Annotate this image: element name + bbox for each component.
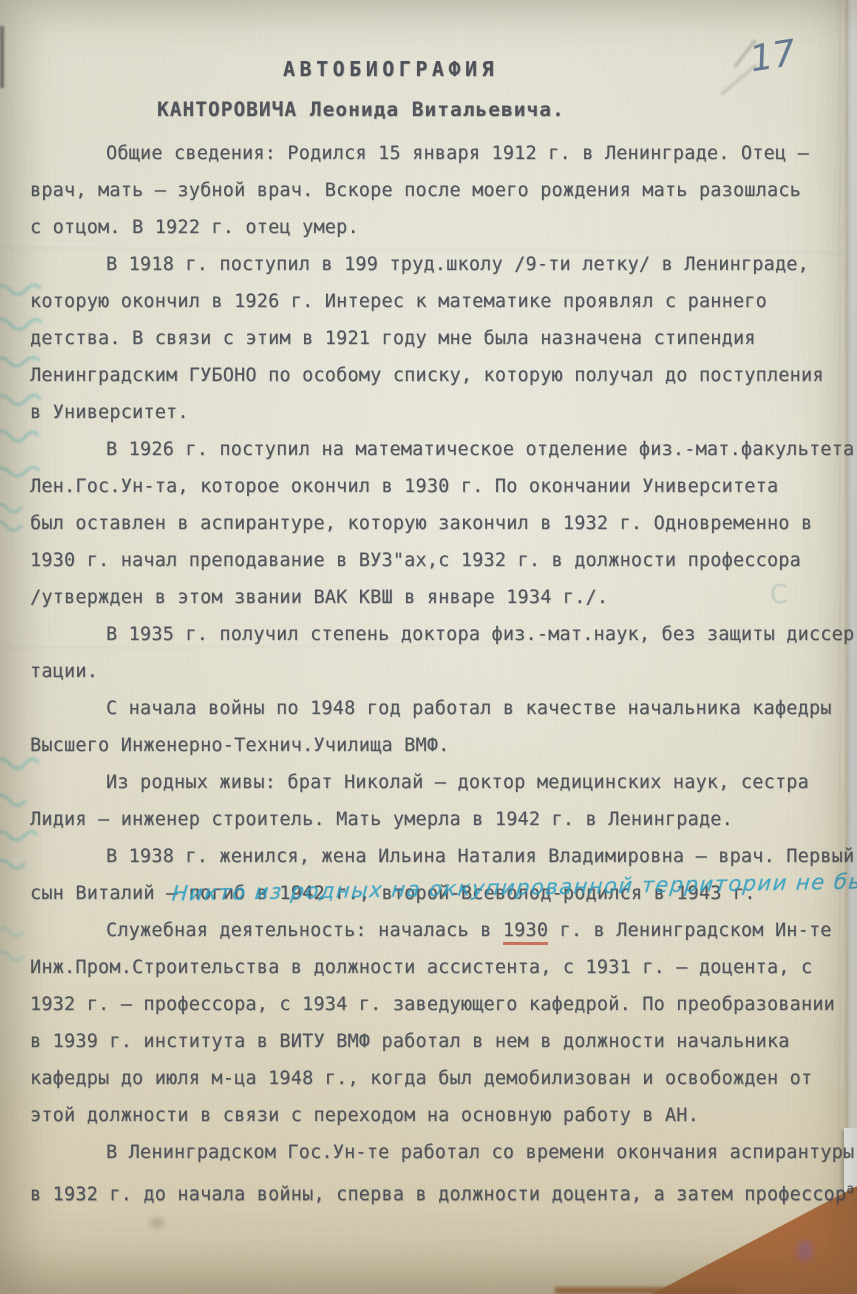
- text-line: В 1918 г. поступил в 199 труд.школу /9-т…: [30, 246, 842, 283]
- text-line: В 1935 г. получил степень доктора физ.-м…: [30, 616, 842, 653]
- text-line: с отцом. В 1922 г. отец умер.: [30, 209, 842, 246]
- text-line: В 1926 г. поступил на математическое отд…: [30, 431, 842, 468]
- document-photo: C 17 АВТОБИОГРАФИЯ КАНТОРОВИЧА Леонида В…: [0, 0, 857, 1294]
- text-line: в 1939 г. института в ВИТУ ВМФ работал в…: [30, 1023, 842, 1060]
- table-surface-edge: [555, 1287, 737, 1294]
- text-line: кафедры до июля м-ца 1948 г., когда был …: [30, 1060, 842, 1097]
- text-line: этой должности в связи с переходом на ос…: [30, 1097, 842, 1134]
- document-body: Общие сведения: Родился 15 января 1912 г…: [30, 135, 842, 1208]
- text-line: в 1932 г. до начала войны, сперва в долж…: [30, 1171, 842, 1208]
- text-line: Лен.Гос.Ун-та, которое окончил в 1930 г.…: [30, 468, 842, 505]
- paper-smudge: [150, 1218, 164, 1228]
- text-line: Ленинградским ГУБОНО по особому списку, …: [30, 357, 842, 394]
- text-line: В 1938 г. женился, жена Ильина Наталия В…: [30, 838, 842, 875]
- red-underlined-year: 1930: [503, 920, 548, 945]
- superscript-char: а: [846, 1182, 854, 1197]
- margin-bleedthrough-scribble: [0, 498, 30, 534]
- text-line: Общие сведения: Родился 15 января 1912 г…: [30, 135, 842, 172]
- text-line: был оставлен в аспирантуре, которую зако…: [30, 505, 842, 542]
- ink-smudge: [797, 1240, 813, 1262]
- text-line: В Ленинградском Гос.Ун-те работал со вре…: [30, 1134, 842, 1171]
- document-title: АВТОБИОГРАФИЯ: [283, 57, 498, 81]
- text-line: в Университет.: [30, 394, 842, 431]
- text-line: С начала войны по 1948 год работал в кач…: [30, 690, 842, 727]
- document-subtitle: КАНТОРОВИЧА Леонида Витальевича.: [157, 98, 565, 121]
- text-line: 1932 г. – профессора, с 1934 г. заведующ…: [30, 986, 842, 1023]
- text-line: /утвержден в этом звании ВАК КВШ в январ…: [30, 579, 842, 616]
- handwritten-page-number: 17: [747, 33, 799, 81]
- text-line: Инж.Пром.Строительства в должности ассис…: [30, 949, 842, 986]
- text-line: врач, мать – зубной врач. Вскоре после м…: [30, 172, 842, 209]
- text-line: Высшего Инженерно-Технич.Училища ВМФ.: [30, 727, 842, 764]
- margin-bleedthrough-scribble: [0, 922, 30, 968]
- text-line: Из родных живы: брат Николай – доктор ме…: [30, 764, 842, 801]
- text-line: которую окончил в 1926 г. Интерес к мате…: [30, 283, 842, 320]
- text-line: 1930 г. начал преподавание в ВУЗ"ах,с 19…: [30, 542, 842, 579]
- paper-left-edge-mark: [0, 26, 4, 88]
- text-line: Служебная деятельность: началась в 1930 …: [30, 912, 842, 949]
- text-line: детства. В связи с этим в 1921 году мне …: [30, 320, 842, 357]
- text-line: Лидия – инженер строитель. Мать умерла в…: [30, 801, 842, 838]
- text-line: тации.: [30, 653, 842, 690]
